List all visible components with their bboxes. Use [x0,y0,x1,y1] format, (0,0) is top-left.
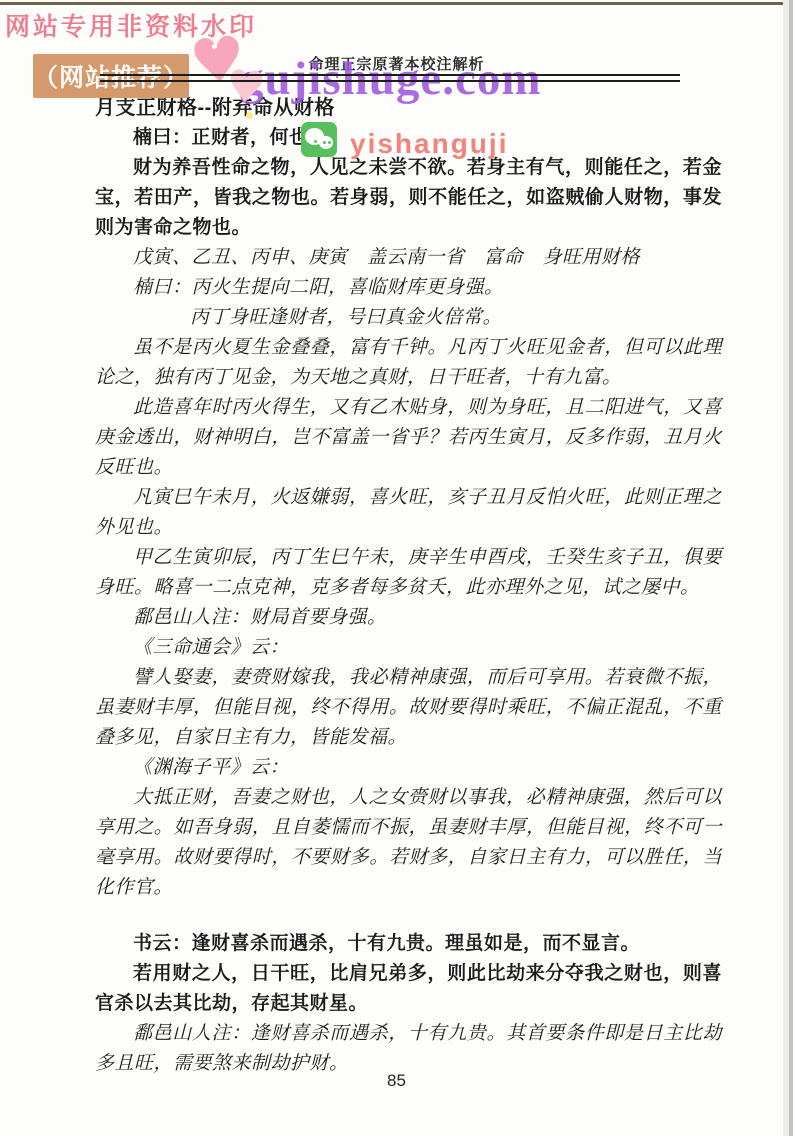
paragraph: 譬人娶妻，妻赍财嫁我，我必精神康强，而后可享用。若衰微不振，虽妻财丰厚，但能目视… [95,663,722,753]
scanned-book-page: 网站专用非资料水印 （网站推荐） ♥ ♥ gujishuge.com 命理正宗原… [0,0,793,1136]
site-recommend-badge: （网站推荐） [33,54,189,98]
scan-top-edge-line [0,2,793,5]
document-body: 月支正财格--附弃命从财格楠曰：正财者，何也？财为养吾性命之物，人见之未尝不欲。… [95,93,722,1079]
wechat-icon [301,122,337,157]
paragraph: 书云：逢财喜杀而遇杀，十有九贵。理虽如是，而不显言。 [95,929,722,959]
paragraph: 鄱邑山人注：逢财喜杀而遇杀，十有九贵。其首要条件即是日主比劫多且旺，需要煞来制劫… [95,1019,722,1079]
scan-right-edge-shadow [789,0,793,1136]
header-double-rule-bottom [100,80,680,82]
wechat-id-watermark: yishanguji [350,128,508,160]
paragraph: 丙丁身旺逢财者，号曰真金火倍常。 [95,303,722,333]
paragraph: 凡寅巳午未月，火返嫌弱，喜火旺，亥子丑月反怕火旺，此则正理之外见也。 [95,483,722,543]
paragraph: 楠曰：丙火生提向二阳，喜临财库更身强。 [95,273,722,303]
paragraph: 戊寅、乙丑、丙申、庚寅 盖云南一省 富命 身旺用财格 [95,243,722,273]
paragraph: 财为养吾性命之物，人见之未尝不欲。若身主有气，则能任之，若金宝，若田产，皆我之物… [95,153,722,243]
paragraph: 甲乙生寅卯辰，丙丁生巳午未，庚辛生申酉戌，壬癸生亥子丑，俱要身旺。略喜一二点克神… [95,543,722,603]
paragraph: 此造喜年时丙火得生，又有乙木贴身，则为身旺，且二阳进气，又喜庚金透出，财神明白，… [95,393,722,483]
paragraph: 大抵正财，吾妻之财也，人之女赍财以事我，必精神康强，然后可以享用之。如吾身弱，且… [95,783,722,903]
paragraph: 《渊海子平》云： [95,753,722,783]
site-url-watermark: gujishuge.com [240,52,542,106]
heart-icon: ♥ [224,64,267,111]
paragraph: 鄱邑山人注：财局首要身强。 [95,603,722,633]
sparkle-icon [246,112,253,119]
badge-label: （网站推荐） [33,58,189,94]
sparkle-icon [212,44,217,49]
paragraph: 若用财之人，日干旺，比肩兄弟多，则此比劫来分夺我之财也，则喜官杀以去其比劫，存起… [95,959,722,1019]
paragraph: 虽不是丙火夏生金叠叠，富有千钟。凡丙丁火旺见金者，但可以此理论之，独有丙丁见金，… [95,333,722,393]
paragraph: 《三命通会》云： [95,633,722,663]
page-number: 85 [0,1071,793,1091]
header-double-rule-top [100,74,680,76]
